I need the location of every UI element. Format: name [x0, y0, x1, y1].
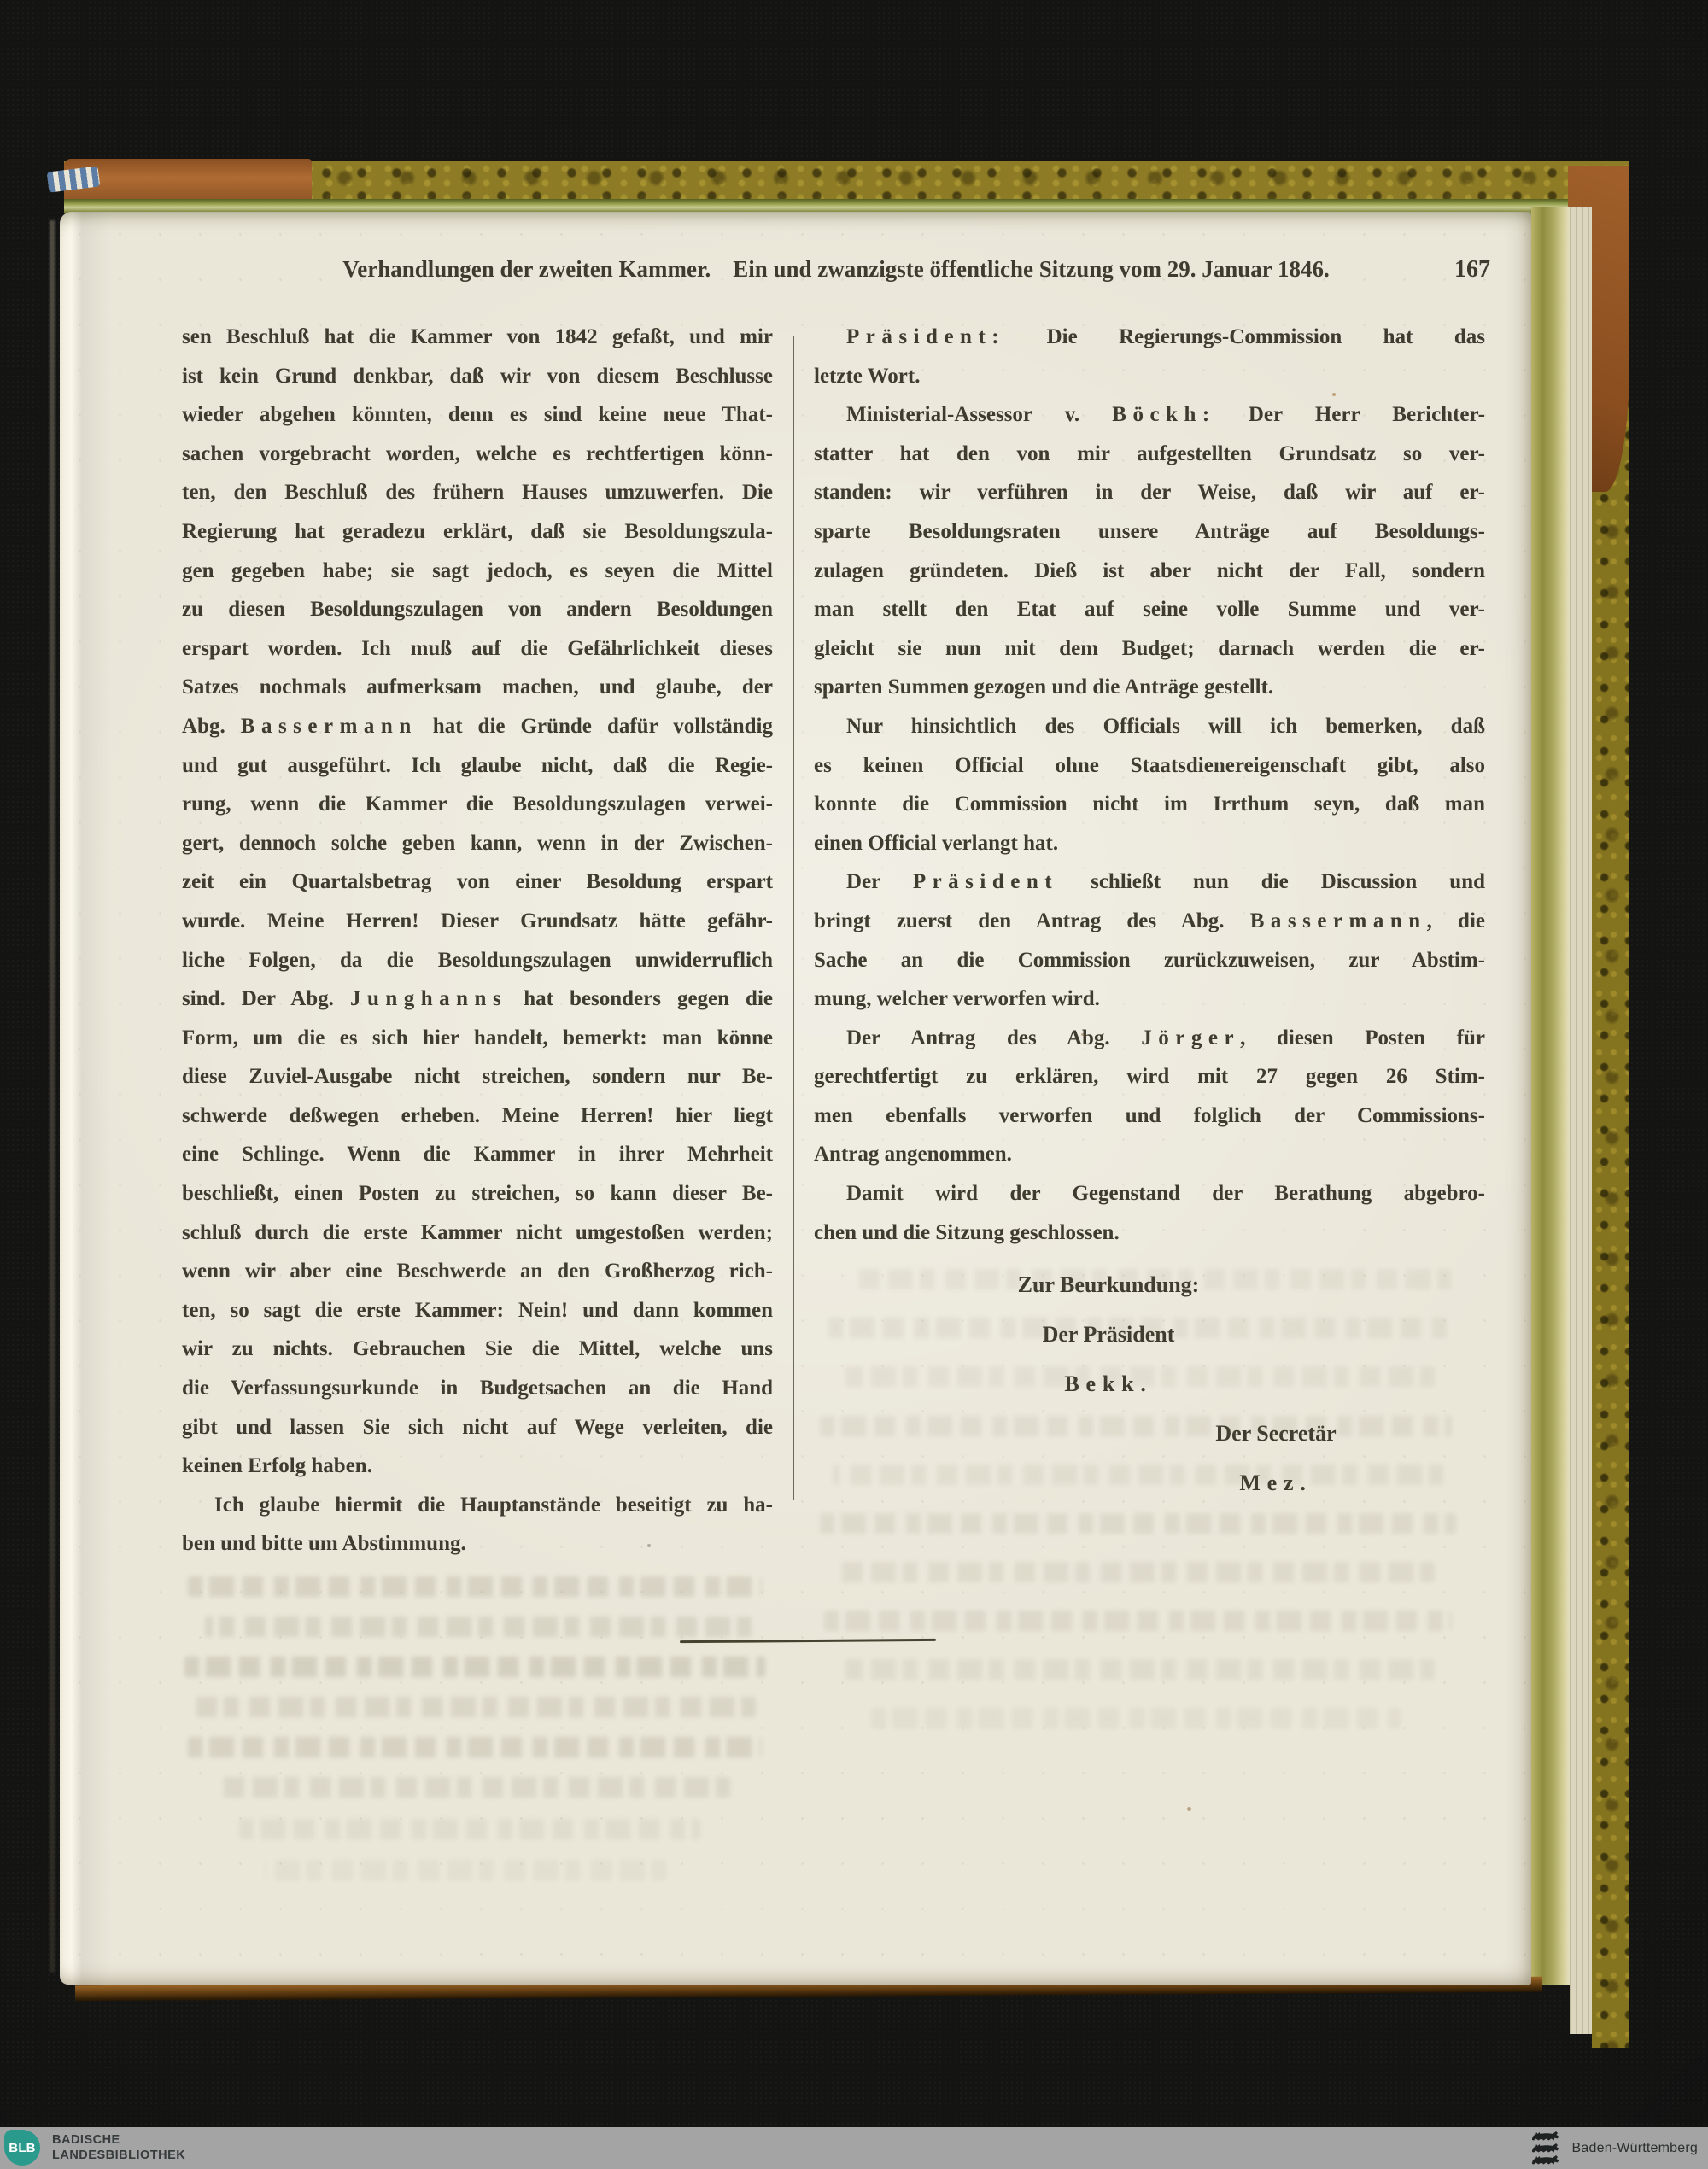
- text-line: standen: wir verführen in der Weise, daß…: [814, 473, 1485, 512]
- footer-bar: BLB BADISCHE LANDESBIBLIOTHEK Baden-Würt…: [0, 2127, 1708, 2169]
- text-line: rung, wenn die Kammer die Besoldungszula…: [182, 785, 773, 824]
- paper-speck: [395, 1307, 397, 1309]
- text-line: diese Zuviel-Ausgabe nicht streichen, so…: [182, 1057, 773, 1096]
- text-line: sen Beschluß hat die Kammer von 1842 gef…: [182, 318, 773, 357]
- bleed-through: [265, 1860, 666, 1880]
- library-name-line1: BADISCHE: [52, 2132, 185, 2148]
- text-line: Der Antrag des Abg. Jörger, diesen Poste…: [814, 1019, 1485, 1058]
- text-line: Präsident: Die Regierungs-Commission hat…: [814, 318, 1485, 357]
- bleed-through: [828, 1318, 1452, 1338]
- text-line: gibt und lassen Sie sich nicht auf Wege …: [182, 1408, 773, 1447]
- state-attribution: Baden-Württemberg: [1531, 2127, 1698, 2169]
- bleed-through: [837, 1562, 1435, 1582]
- text-line: zu diesen Besoldungszulagen von andern B…: [182, 590, 773, 629]
- text-line: keinen Erfolg haben.: [182, 1447, 773, 1486]
- bleed-through: [184, 1657, 765, 1677]
- blb-logo-text: BLB: [9, 2141, 35, 2155]
- text-line: gert, dennoch solche geben kann, wenn in…: [182, 824, 773, 863]
- bleed-through: [845, 1366, 1435, 1387]
- text-line: ten, den Beschluß des frühern Hauses umz…: [182, 473, 773, 512]
- text-line: Sache an die Commission zurückzuweisen, …: [814, 941, 1485, 980]
- text-line: eine Schlinge. Wenn die Kammer in ihrer …: [182, 1135, 773, 1174]
- text-line: schluß durch die erste Kammer nicht umge…: [182, 1213, 773, 1253]
- column-divider: [793, 336, 794, 1500]
- page-stack-edge: [1570, 207, 1592, 2034]
- text-line: Abg. Bassermann hat die Gründe dafür vol…: [182, 707, 773, 746]
- text-line: bringt zuerst den Antrag des Abg. Basser…: [814, 902, 1485, 941]
- text-line: Damit wird der Gegenstand der Berathung …: [814, 1174, 1485, 1213]
- paper-speck: [647, 1544, 651, 1547]
- text-line: einen Official verlangt hat.: [814, 824, 1485, 863]
- three-lions-icon: [1531, 2131, 1564, 2166]
- blb-logo: BLB: [4, 2130, 40, 2166]
- text-line: Ministerial-Assessor v. Böckh: Der Herr …: [814, 395, 1485, 435]
- text-line: liche Folgen, da die Besoldungszulagen u…: [182, 941, 773, 980]
- page-number: 167: [1454, 256, 1490, 284]
- text-line: sachen vorgebracht worden, welche es rec…: [182, 435, 773, 474]
- bleed-through: [824, 1611, 1452, 1631]
- bleed-through: [833, 1465, 1443, 1485]
- book-top-edge-leather: [64, 159, 312, 202]
- bleed-through: [196, 1697, 756, 1717]
- text-line: sind. Der Abg. Junghanns hat besonders g…: [182, 979, 773, 1019]
- text-line: zulagen gründeten. Dieß ist aber nicht d…: [814, 552, 1485, 591]
- text-line: gen gegeben habe; sie sagt jedoch, es se…: [182, 552, 773, 591]
- text-line: ten, so sagt die erste Kammer: Nein! und…: [182, 1291, 773, 1330]
- text-line: wurde. Meine Herren! Dieser Grundsatz hä…: [182, 902, 773, 941]
- text-line: erspart worden. Ich muß auf die Gefährli…: [182, 629, 773, 669]
- text-line: letzte Wort.: [814, 357, 1485, 396]
- text-line: gerechtfertigt zu erklären, wird mit 27 …: [814, 1057, 1485, 1096]
- text-line: sparte Besoldungsraten unsere Anträge au…: [814, 512, 1485, 552]
- text-line: die Verfassungsurkunde in Budgetsachen a…: [182, 1369, 773, 1408]
- text-line: Form, um die es sich hier handelt, bemer…: [182, 1019, 773, 1058]
- bleed-through: [239, 1819, 700, 1839]
- text-line: wir zu nichts. Gebrauchen Sie die Mittel…: [182, 1330, 773, 1369]
- bleed-through: [218, 1777, 730, 1798]
- section-end-rule: [680, 1639, 936, 1643]
- text-line: mung, welcher verworfen wird.: [814, 979, 1485, 1019]
- library-name: BADISCHE LANDESBIBLIOTHEK: [52, 2132, 185, 2163]
- page-block-edge: [1531, 207, 1570, 1985]
- text-line: Nur hinsichtlich des Officials will ich …: [814, 707, 1485, 746]
- bleed-through: [820, 1513, 1456, 1534]
- paper-speck: [1081, 1033, 1084, 1036]
- text-line: schwerde deßwegen erheben. Meine Herren!…: [182, 1096, 773, 1136]
- text-line: Der Präsident schließt nun die Discussio…: [814, 862, 1485, 902]
- text-line: Satzes nochmals aufmerksam machen, und g…: [182, 668, 773, 707]
- photo-background: Verhandlungen der zweiten Kammer.Ein und…: [0, 0, 1708, 2169]
- text-line: gleicht sie nun mit dem Budget; darnach …: [814, 629, 1485, 669]
- paper-speck: [1332, 393, 1336, 396]
- text-line: und gut ausgeführt. Ich glaube nicht, da…: [182, 746, 773, 786]
- header-session: Ein und zwanzigste öffentliche Sitzung v…: [733, 256, 1330, 282]
- header-title: Verhandlungen der zweiten Kammer.: [342, 256, 711, 282]
- text-line: Ich glaube hiermit die Hauptanstände bes…: [182, 1486, 773, 1525]
- text-line: men ebenfalls verworfen und folglich der…: [814, 1096, 1485, 1136]
- scanned-page: Verhandlungen der zweiten Kammer.Ein und…: [60, 212, 1531, 1985]
- text-line: es keinen Official ohne Staatsdienereige…: [814, 746, 1485, 786]
- state-label: Baden-Württemberg: [1572, 2141, 1698, 2156]
- right-column-text: Präsident: Die Regierungs-Commission hat…: [814, 318, 1485, 1252]
- text-line: ben und bitte um Abstimmung.: [182, 1524, 773, 1564]
- book-top-page-block-edge: [64, 199, 1592, 213]
- bleed-through: [871, 1708, 1401, 1728]
- bleed-through: [845, 1659, 1435, 1680]
- text-line: chen und die Sitzung geschlossen.: [814, 1213, 1485, 1253]
- running-header: Verhandlungen der zweiten Kammer.Ein und…: [182, 256, 1490, 294]
- text-line: beschließt, einen Posten zu streichen, s…: [182, 1174, 773, 1213]
- text-line: Regierung hat geradezu erklärt, daß sie …: [182, 512, 773, 552]
- bleed-through: [205, 1617, 752, 1637]
- bleed-through: [820, 1416, 1452, 1436]
- bleed-through: [854, 1269, 1452, 1289]
- page-gutter-crease: [50, 220, 55, 1973]
- text-line: wieder abgehen könnten, denn es sind kei…: [182, 395, 773, 435]
- text-line: ist kein Grund denkbar, daß wir von dies…: [182, 357, 773, 396]
- text-line: konnte die Commission nicht im Irrthum s…: [814, 785, 1485, 824]
- text-line: wenn wir aber eine Beschwerde an den Gro…: [182, 1252, 773, 1291]
- text-line: Antrag angenommen.: [814, 1135, 1485, 1174]
- library-name-line2: LANDESBIBLIOTHEK: [52, 2148, 185, 2163]
- text-line: sparten Summen gezogen und die Anträge g…: [814, 668, 1485, 707]
- text-line: statter hat den von mir aufgestellten Gr…: [814, 435, 1485, 474]
- bleed-through: [188, 1737, 762, 1757]
- text-line: man stellt den Etat auf seine volle Summ…: [814, 590, 1485, 629]
- bleed-through: [188, 1576, 762, 1597]
- text-line: zeit ein Quartalsbetrag von einer Besold…: [182, 862, 773, 902]
- left-column: sen Beschluß hat die Kammer von 1842 gef…: [182, 318, 773, 1564]
- paper-speck: [1187, 1807, 1191, 1811]
